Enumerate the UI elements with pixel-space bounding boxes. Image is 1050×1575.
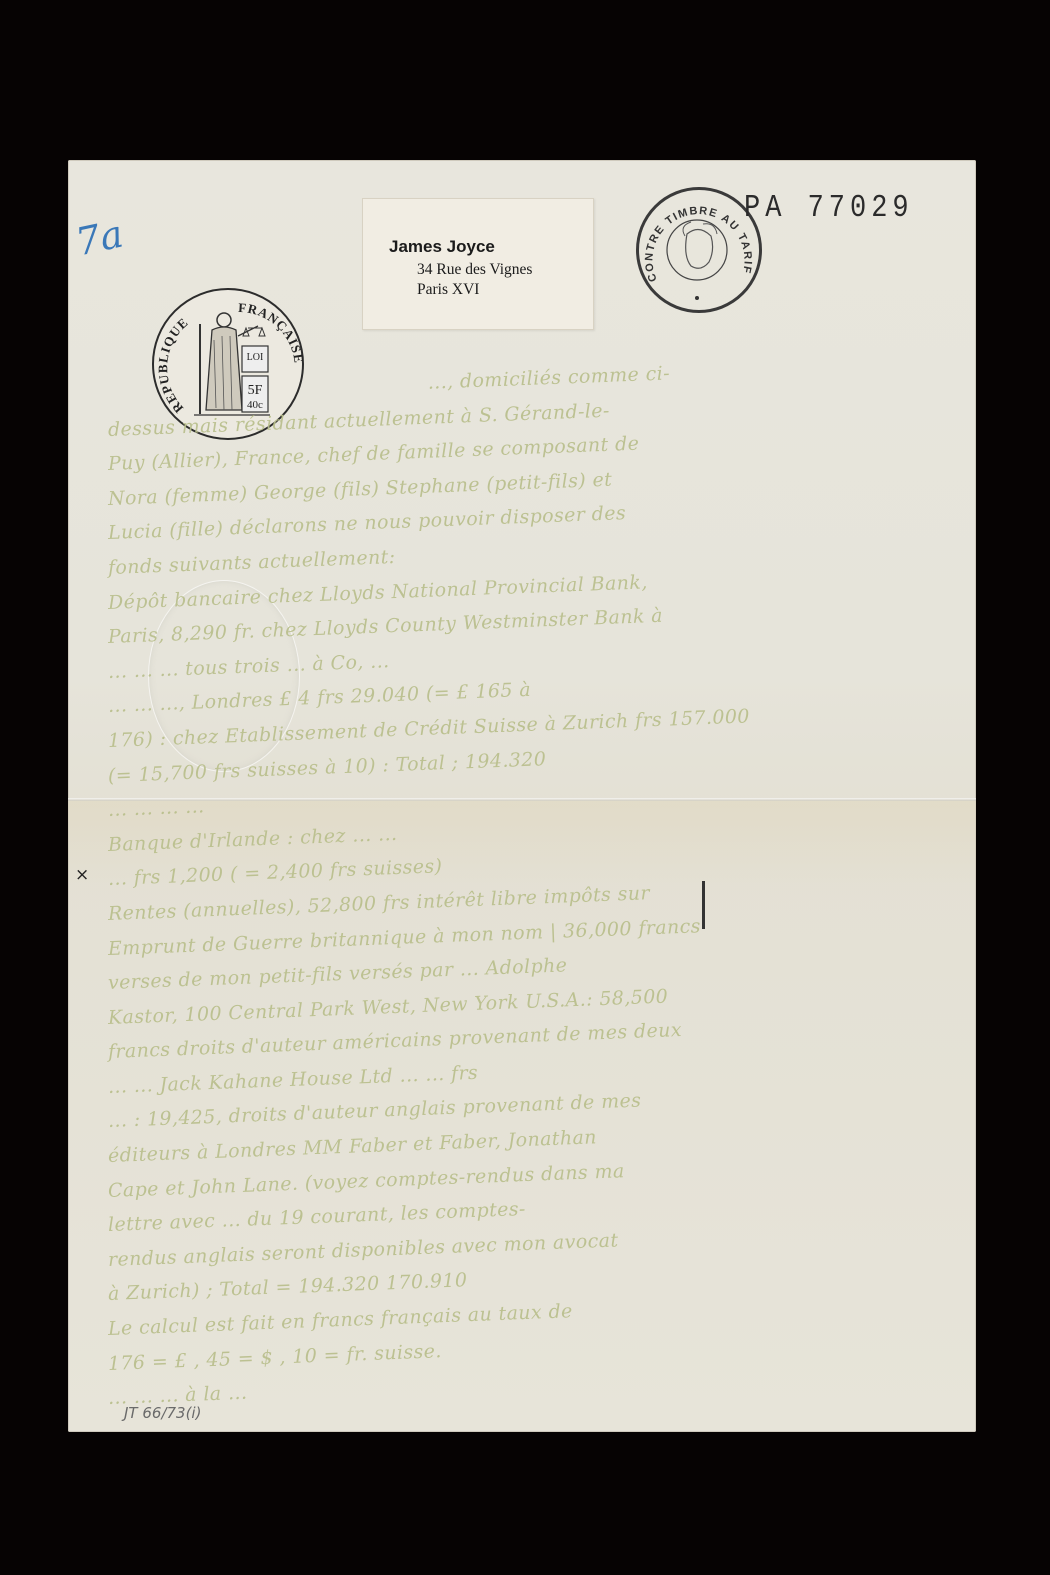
sender-street: 34 Rue des Vignes <box>417 261 532 279</box>
marianne-head-icon: CONTRE TIMBRE AU TARIF DE 1939 <box>639 190 759 310</box>
svg-text:CONTRE TIMBRE AU TARIF DE 1939: CONTRE TIMBRE AU TARIF DE 1939 <box>639 190 754 283</box>
margin-x-mark: × <box>75 865 89 885</box>
handwritten-text-body: ..., domiciliés comme ci- dessus mais ré… <box>108 378 968 1416</box>
letter-sheet: 7a REPUBLIQUE FRANÇAISE LOI 5F <box>68 160 976 1432</box>
serial-number: PA 77029 <box>744 192 914 227</box>
address-label: James Joyce 34 Rue des Vignes Paris XVI <box>362 198 594 330</box>
archive-reference: JT 66/73(i) <box>124 1404 201 1422</box>
sender-city: Paris XVI <box>417 281 479 299</box>
svg-text:LOI: LOI <box>247 352 264 363</box>
blue-pencil-annotation: 7a <box>72 212 127 265</box>
sender-name: James Joyce <box>389 237 495 257</box>
